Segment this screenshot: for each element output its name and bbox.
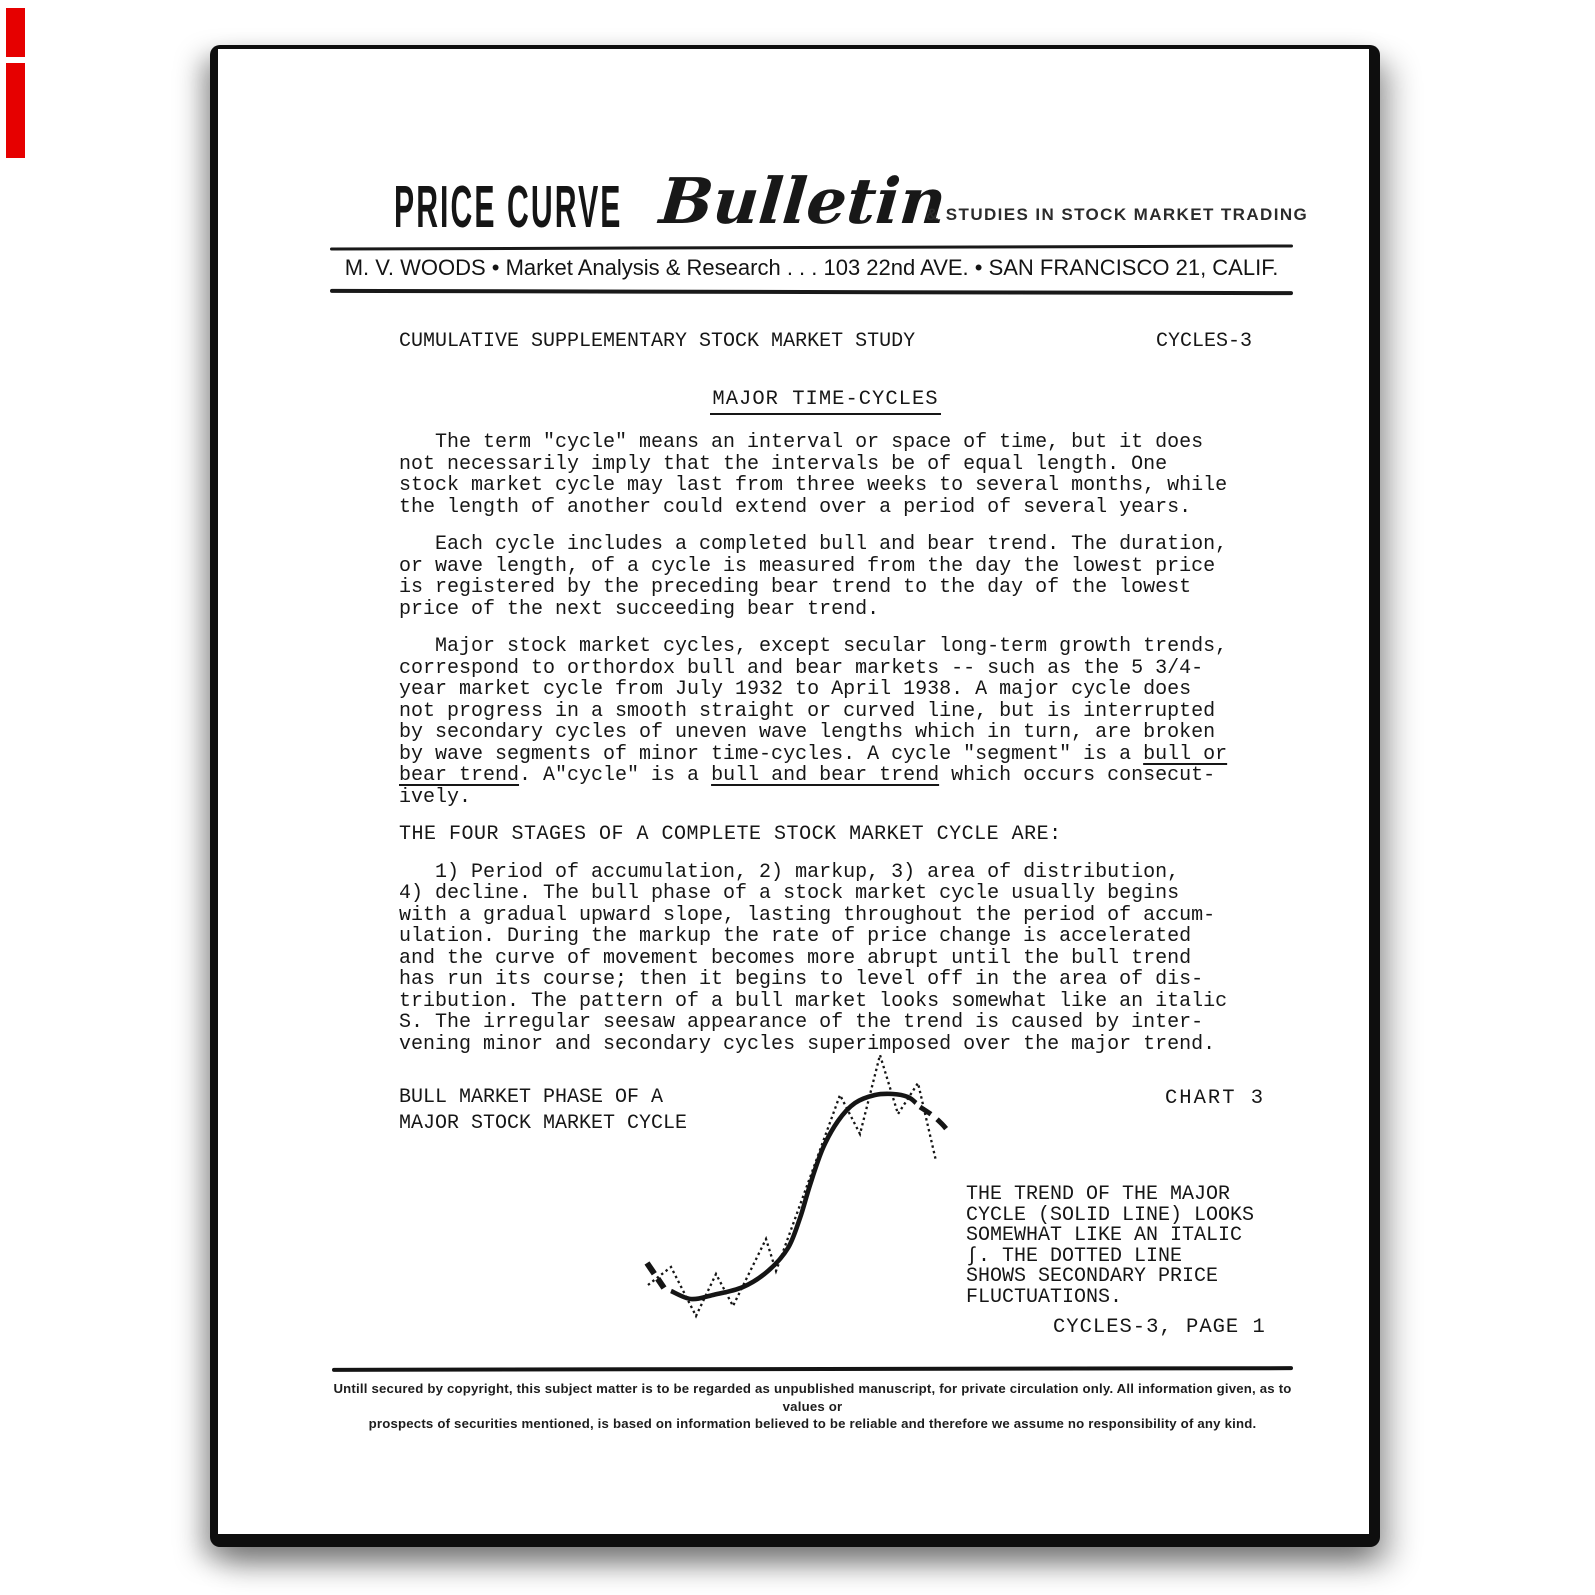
- text-line: year market cycle from July 1932 to Apri…: [399, 679, 1252, 701]
- document-header-row: CUMULATIVE SUPPLEMENTARY STOCK MARKET ST…: [399, 330, 1252, 353]
- text-line: ulation. During the markup the rate of p…: [399, 926, 1252, 948]
- text-line: stock market cycle may last from three w…: [399, 475, 1252, 497]
- chart-series-dotted: [648, 1055, 936, 1316]
- chart-caption: THE TREND OF THE MAJORCYCLE (SOLID LINE)…: [966, 1185, 1254, 1309]
- text-line: correspond to orthordox bull and bear ma…: [399, 658, 1252, 680]
- text-line: or wave length, of a cycle is measured f…: [399, 556, 1252, 578]
- text-line: Untill secured by copyright, this subjec…: [332, 1380, 1293, 1415]
- text-line: Each cycle includes a completed bull and…: [399, 534, 1252, 556]
- text-line: with a gradual upward slope, lasting thr…: [399, 905, 1252, 927]
- text-line: The term "cycle" means an interval or sp…: [399, 432, 1252, 454]
- text-line: 4) decline. The bull phase of a stock ma…: [399, 883, 1252, 905]
- text-line: tribution. The pattern of a bull market …: [399, 991, 1252, 1013]
- section-heading: THE FOUR STAGES OF A COMPLETE STOCK MARK…: [399, 824, 1252, 846]
- text-line: not necessarily imply that the intervals…: [399, 454, 1252, 476]
- chart-series-dashed: [920, 1107, 948, 1131]
- underlined-text: bull or: [1143, 743, 1227, 766]
- text-line: ∫. THE DOTTED LINE: [966, 1247, 1254, 1268]
- text-line: S. The irregular seesaw appearance of th…: [399, 1012, 1252, 1034]
- masthead-address-line: M. V. WOODS • Market Analysis & Research…: [330, 255, 1293, 281]
- paragraph: Major stock market cycles, except secula…: [399, 636, 1252, 808]
- text-line: prospects of securities mentioned, is ba…: [332, 1415, 1293, 1433]
- scanned-page-shadow: PRICE CURVE Bulletin & STUDIES IN STOCK …: [210, 45, 1380, 1547]
- masthead-rule-bottom: [330, 289, 1293, 295]
- text-line: SHOWS SECONDARY PRICE: [966, 1267, 1254, 1288]
- text-line: by secondary cycles of uneven wave lengt…: [399, 722, 1252, 744]
- screenshot-root: { "colors": { "ink": "#161616", "paper":…: [0, 0, 1595, 1595]
- text-line: has run its course; then it begins to le…: [399, 969, 1252, 991]
- paragraph: Each cycle includes a completed bull and…: [399, 534, 1252, 620]
- brand-script-wordmark: Bulletin: [657, 164, 949, 238]
- footer-rule: [332, 1366, 1293, 1372]
- text-line: THE TREND OF THE MAJOR: [966, 1185, 1254, 1206]
- footer-disclaimer: Untill secured by copyright, this subjec…: [332, 1380, 1293, 1433]
- paragraph: The term "cycle" means an interval or sp…: [399, 432, 1252, 518]
- body-text: The term "cycle" means an interval or sp…: [399, 432, 1252, 1055]
- text-line: is registered by the preceding bear tren…: [399, 577, 1252, 599]
- text-line: CYCLE (SOLID LINE) LOOKS: [966, 1206, 1254, 1227]
- text-line: and the curve of movement becomes more a…: [399, 948, 1252, 970]
- text-line: price of the next succeeding bear trend.: [399, 599, 1252, 621]
- text-line: SOMEWHAT LIKE AN ITALIC: [966, 1226, 1254, 1247]
- cycle-sketch-chart: [603, 1033, 993, 1368]
- brand-wordmark: PRICE CURVE: [394, 173, 622, 241]
- chart-number: CHART 3: [1165, 1087, 1265, 1110]
- text-line: Major stock market cycles, except secula…: [399, 636, 1252, 658]
- study-code: CYCLES-3: [1156, 330, 1252, 353]
- text-line: FLUCTUATIONS.: [966, 1288, 1254, 1309]
- bulletin-page: PRICE CURVE Bulletin & STUDIES IN STOCK …: [218, 49, 1369, 1534]
- chart-series-solid: [671, 1094, 916, 1299]
- underlined-text: bear trend: [399, 764, 519, 787]
- page-title-wrap: MAJOR TIME-CYCLES: [399, 388, 1252, 415]
- red-edge-mark: [6, 8, 25, 57]
- text-line: bear trend. A"cycle" is a bull and bear …: [399, 765, 1252, 787]
- typewritten-column: CUMULATIVE SUPPLEMENTARY STOCK MARKET ST…: [399, 330, 1252, 1071]
- paragraph: 1) Period of accumulation, 2) markup, 3)…: [399, 862, 1252, 1056]
- text-line: ively.: [399, 787, 1252, 809]
- masthead-tagline: & STUDIES IN STOCK MARKET TRADING: [926, 205, 1308, 225]
- underlined-text: bull and bear trend: [711, 764, 939, 787]
- page-reference: CYCLES-3, PAGE 1: [1053, 1316, 1266, 1339]
- masthead-rule-top: [330, 244, 1293, 250]
- text-line: not progress in a smooth straight or cur…: [399, 701, 1252, 723]
- text-line: the length of another could extend over …: [399, 497, 1252, 519]
- text-line: THE FOUR STAGES OF A COMPLETE STOCK MARK…: [399, 824, 1252, 846]
- page-title: MAJOR TIME-CYCLES: [710, 388, 940, 415]
- red-edge-mark: [6, 63, 25, 158]
- text-line: by wave segments of minor time-cycles. A…: [399, 744, 1252, 766]
- text-line: 1) Period of accumulation, 2) markup, 3)…: [399, 862, 1252, 884]
- study-title: CUMULATIVE SUPPLEMENTARY STOCK MARKET ST…: [399, 330, 915, 353]
